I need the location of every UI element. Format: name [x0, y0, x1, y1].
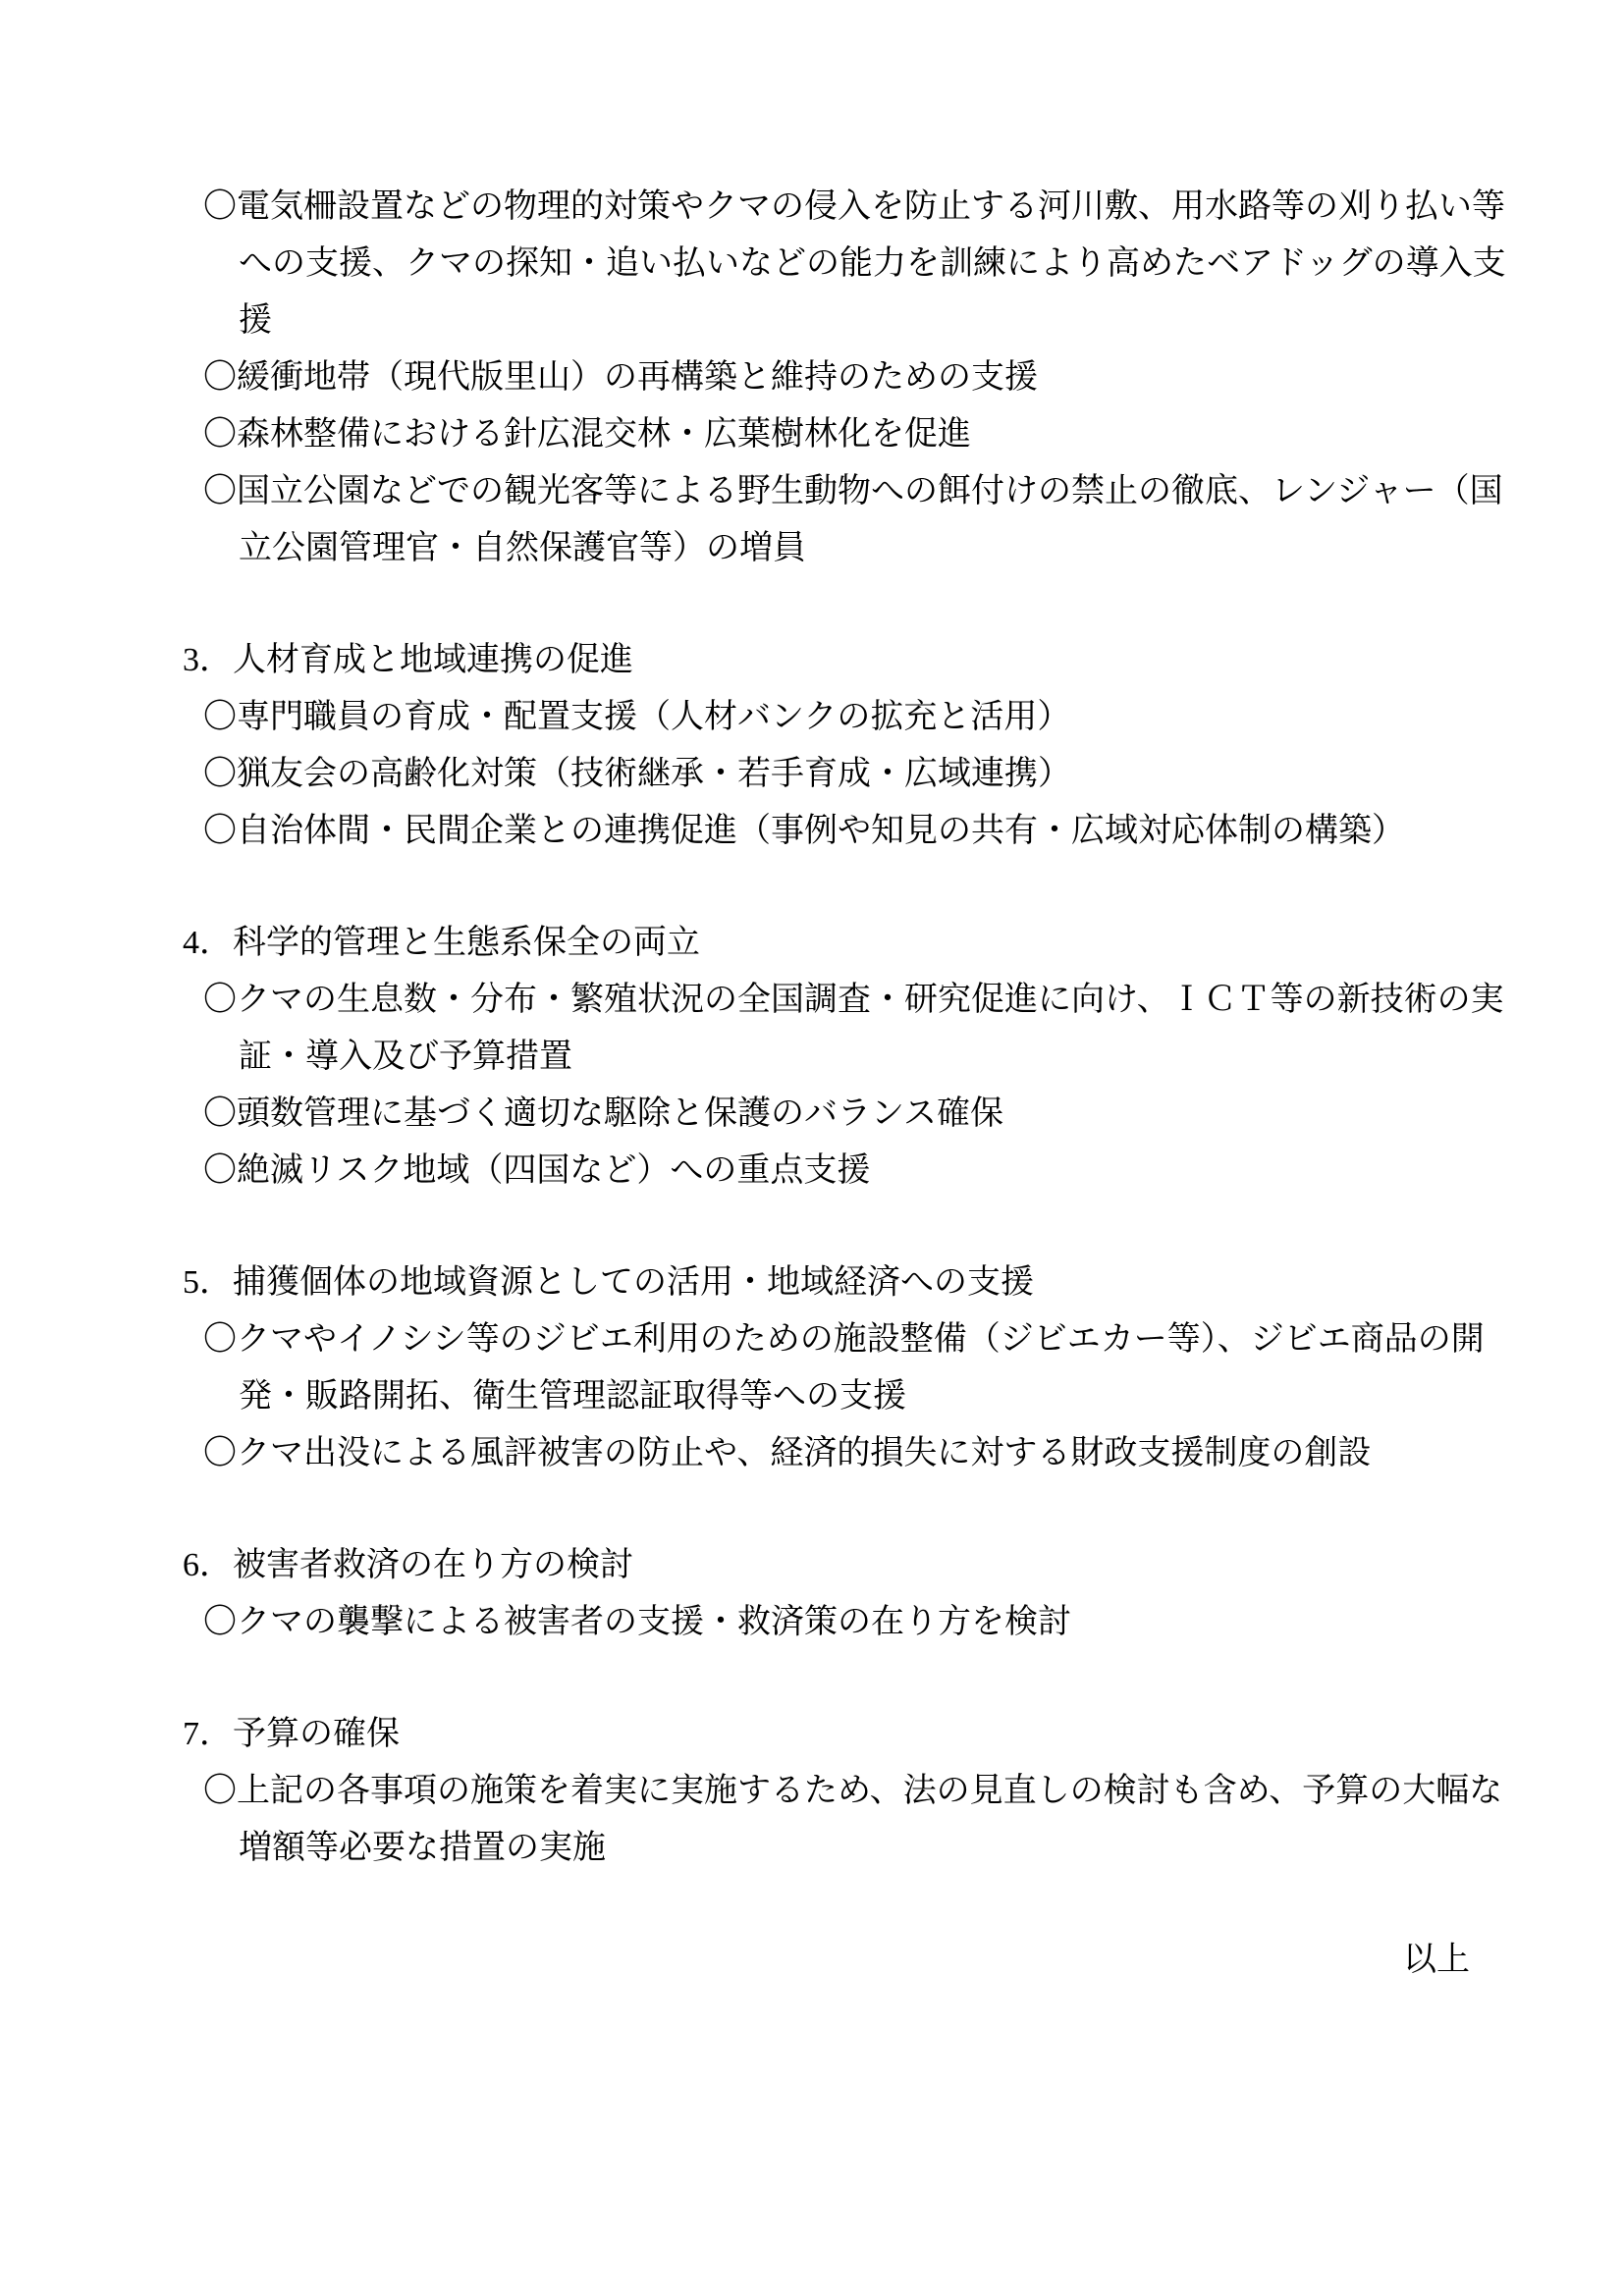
- bullet-line: 〇絶滅リスク地域（四国など）への重点支援: [183, 1143, 1475, 1200]
- bullet-line: 〇上記の各事項の施策を着実に実施するため、法の見直しの検討も含め、予算の大幅な: [183, 1763, 1475, 1820]
- bullet-line: 〇クマの生息数・分布・繁殖状況の全国調査・研究促進に向け、ＩＣＴ等の新技術の実: [183, 972, 1475, 1029]
- section-spacer: [183, 1200, 1475, 1255]
- bullet-line: 〇猟友会の高齢化対策（技術継承・若手育成・広域連携）: [183, 746, 1475, 803]
- section-spacer: [183, 1877, 1475, 1932]
- document-page: 〇電気柵設置などの物理的対策やクマの侵入を防止する河川敷、用水路等の刈り払い等 …: [0, 0, 1624, 2296]
- bullet-line: 〇電気柵設置などの物理的対策やクマの侵入を防止する河川敷、用水路等の刈り払い等: [183, 179, 1475, 236]
- bullet-line: 〇国立公園などでの観光客等による野生動物への餌付けの禁止の徹底、レンジャー（国: [183, 463, 1475, 520]
- closing-text: 以上: [183, 1932, 1475, 1989]
- section-spacer: [183, 577, 1475, 632]
- bullet-line: 〇専門職員の育成・配置支援（人材バンクの拡充と活用）: [183, 689, 1475, 746]
- bullet-line: 〇クマ出没による風評被害の防止や、経済的損失に対する財政支援制度の創設: [183, 1425, 1475, 1482]
- continuation-line: 増額等必要な措置の実施: [183, 1820, 1475, 1877]
- continuation-line: への支援、クマの探知・追い払いなどの能力を訓練により高めたベアドッグの導入支: [183, 236, 1475, 293]
- bullet-line: 〇クマの襲撃による被害者の支援・救済策の在り方を検討: [183, 1594, 1475, 1651]
- continuation-line: 立公園管理官・自然保護官等）の増員: [183, 520, 1475, 577]
- section-heading: 6．被害者救済の在り方の検討: [183, 1537, 1475, 1594]
- bullet-line: 〇頭数管理に基づく適切な駆除と保護のバランス確保: [183, 1086, 1475, 1143]
- bullet-line: 〇緩衝地帯（現代版里山）の再構築と維持のための支援: [183, 349, 1475, 406]
- continuation-line: 援: [183, 293, 1475, 349]
- continuation-line: 証・導入及び予算措置: [183, 1029, 1475, 1086]
- bullet-line: 〇自治体間・民間企業との連携促進（事例や知見の共有・広域対応体制の構築）: [183, 803, 1475, 860]
- section-heading: 5．捕獲個体の地域資源としての活用・地域経済への支援: [183, 1255, 1475, 1311]
- section-spacer: [183, 860, 1475, 915]
- section-heading: 4．科学的管理と生態系保全の両立: [183, 915, 1475, 972]
- bullet-line: 〇クマやイノシシ等のジビエ利用のための施設整備（ジビエカー等）、ジビエ商品の開: [183, 1311, 1475, 1368]
- section-spacer: [183, 1482, 1475, 1537]
- section-heading: 7．予算の確保: [183, 1706, 1475, 1763]
- section-heading: 3．人材育成と地域連携の促進: [183, 632, 1475, 689]
- continuation-line: 発・販路開拓、衛生管理認証取得等への支援: [183, 1368, 1475, 1425]
- section-spacer: [183, 1651, 1475, 1706]
- document-content: 〇電気柵設置などの物理的対策やクマの侵入を防止する河川敷、用水路等の刈り払い等 …: [183, 179, 1475, 1989]
- bullet-line: 〇森林整備における針広混交林・広葉樹林化を促進: [183, 406, 1475, 463]
